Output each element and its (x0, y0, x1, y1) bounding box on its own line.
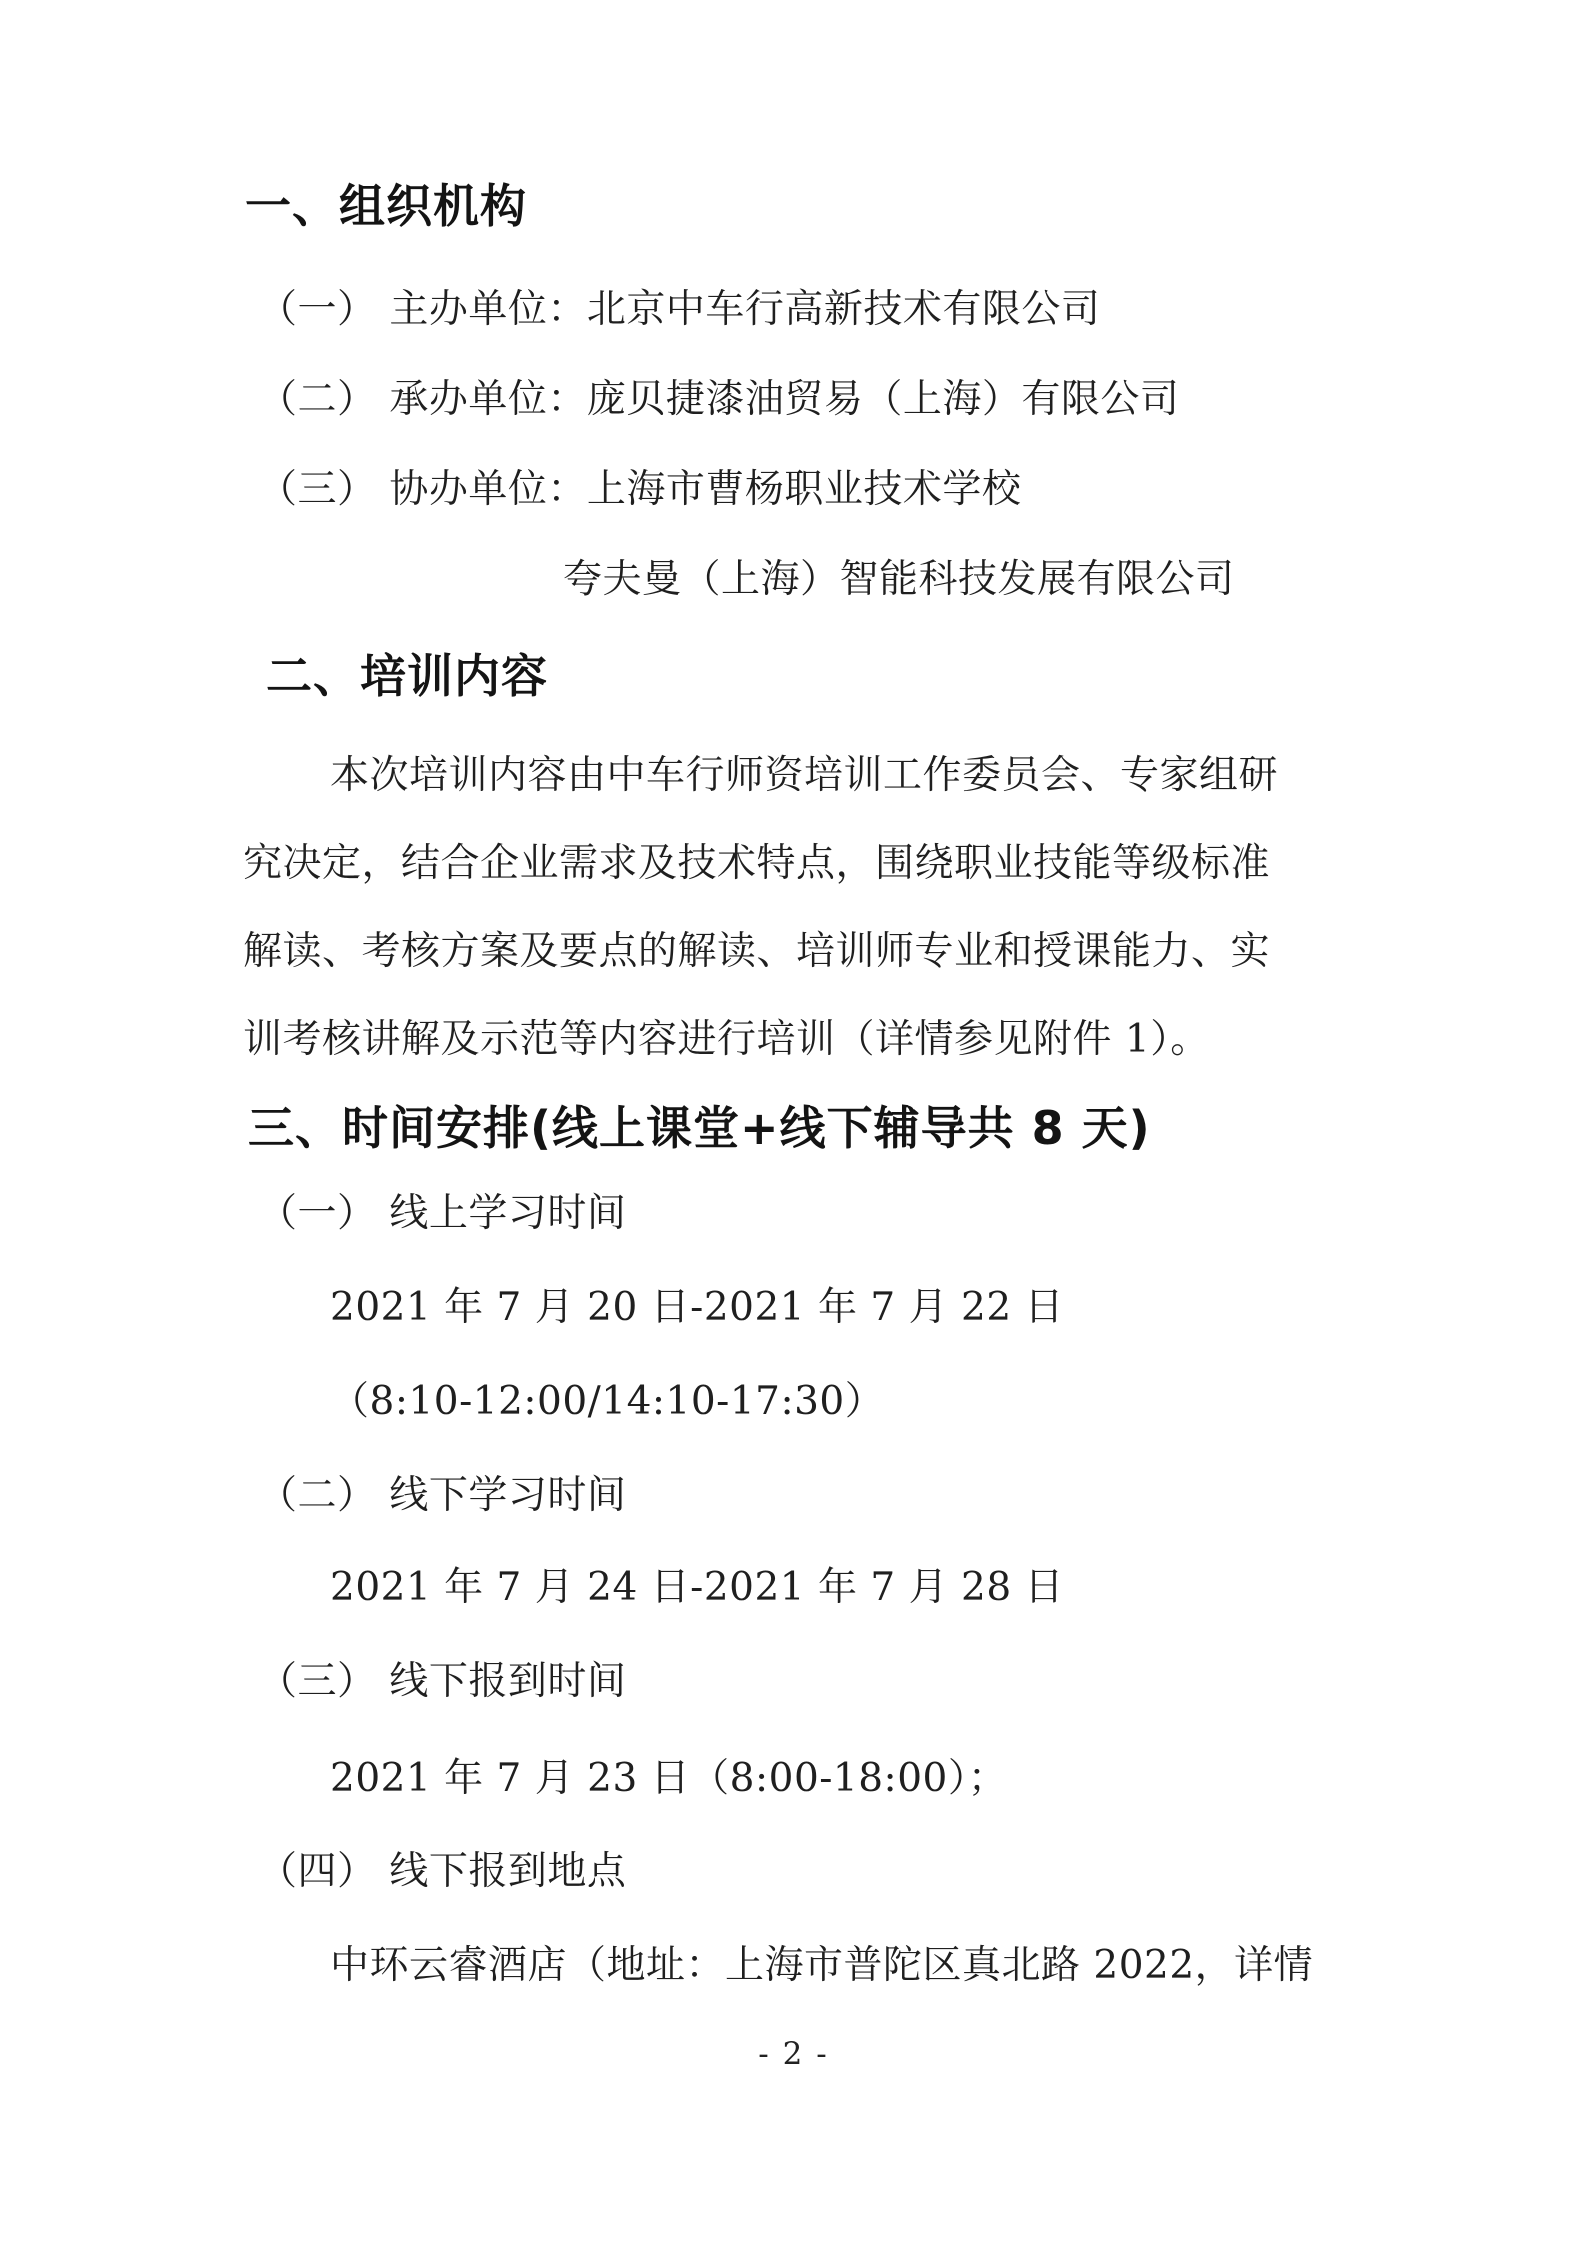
section1-heading: 一、组织机构 (245, 178, 527, 236)
schedule-item1-dates: 2021 年 7 月 20 日-2021 年 7 月 22 日 (330, 1284, 1064, 1333)
schedule-item2-label: （二） 线下学习时间 (258, 1472, 626, 1521)
section2-paragraph-line2: 究决定，结合企业需求及技术特点，围绕职业技能等级标准 (243, 840, 1270, 889)
section3-heading: 三、时间安排(线上课堂+线下辅导共 8 天) (248, 1100, 1151, 1158)
section1-item-organizer: （二） 承办单位：庞贝捷漆油贸易（上海）有限公司 (258, 376, 1179, 425)
section1-item-host: （一） 主办单位：北京中车行高新技术有限公司 (258, 286, 1100, 335)
section2-paragraph-line4: 训考核讲解及示范等内容进行培训（详情参见附件 1）。 (243, 1016, 1210, 1065)
page-number: - 2 - (0, 2036, 1587, 2072)
schedule-item4-location: 中环云睿酒店（地址：上海市普陀区真北路 2022，详情 (330, 1942, 1313, 1991)
schedule-item3-label: （三） 线下报到时间 (258, 1658, 626, 1707)
section2-heading: 二、培训内容 (266, 648, 548, 706)
schedule-item2-dates: 2021 年 7 月 24 日-2021 年 7 月 28 日 (330, 1564, 1064, 1613)
schedule-item4-label: （四） 线下报到地点 (258, 1848, 626, 1897)
section1-item-coorganizer2: 夸夫曼（上海）智能科技发展有限公司 (563, 556, 1235, 605)
section2-paragraph-line1: 本次培训内容由中车行师资培训工作委员会、专家组研 (330, 752, 1278, 801)
schedule-item1-hours: （8:10-12:00/14:10-17:30） (330, 1378, 884, 1427)
document-page: 一、组织机构 （一） 主办单位：北京中车行高新技术有限公司 （二） 承办单位：庞… (0, 0, 1587, 2244)
schedule-item1-label: （一） 线上学习时间 (258, 1190, 626, 1239)
section2-paragraph-line3: 解读、考核方案及要点的解读、培训师专业和授课能力、实 (243, 928, 1270, 977)
schedule-item3-dates: 2021 年 7 月 23 日（8:00-18:00）； (330, 1755, 1007, 1804)
section1-item-coorganizer: （三） 协办单位：上海市曹杨职业技术学校 (258, 466, 1021, 515)
